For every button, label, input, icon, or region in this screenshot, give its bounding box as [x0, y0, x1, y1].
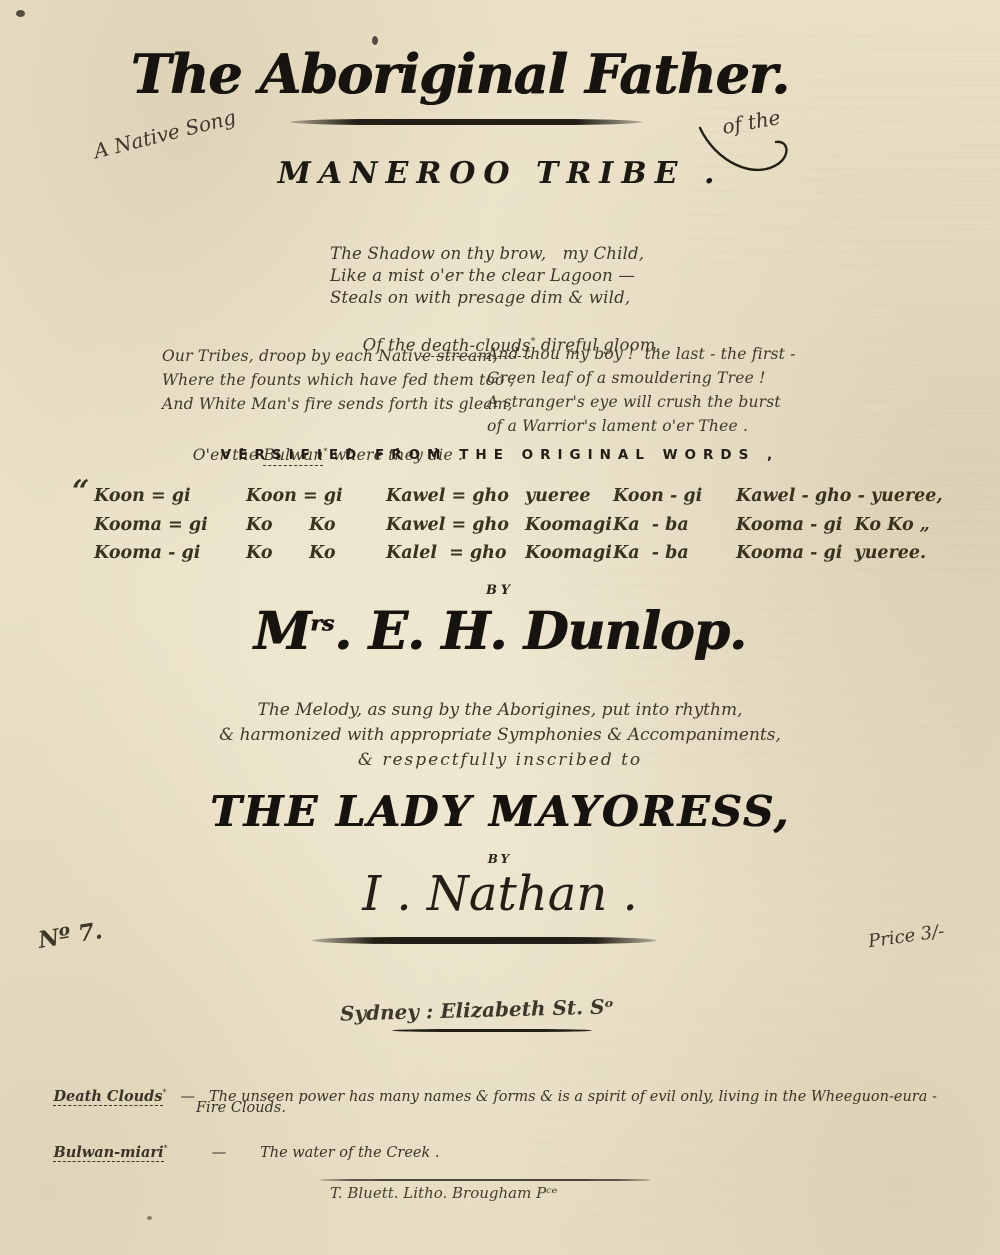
- footnote-bulwan: Bulwan-miari*—The water of the Creek .: [35, 1128, 935, 1177]
- annotation-native-song: A Native Song: [91, 105, 238, 164]
- dedication: The Melody, as sung by the Aborigines, p…: [0, 698, 1000, 773]
- verse-line: Green leaf of a smouldering Tree !: [487, 366, 796, 390]
- dedication-line: The Melody, as sung by the Aborigines, p…: [0, 698, 1000, 723]
- mrs-superscript: rs: [310, 611, 334, 637]
- composer-name: I . Nathan .: [0, 866, 1000, 922]
- price: Price 3/-: [867, 921, 946, 952]
- footnote-death-clouds: Death Clouds*—The unseen power has many …: [35, 1072, 975, 1121]
- verse-line: Like a mist o'er the clear Lagoon —: [330, 265, 661, 287]
- byline-2: BY: [0, 852, 1000, 866]
- sheet-music-title-page: The Aboriginal Father. A Native Song of …: [0, 0, 1000, 1255]
- verse-2-right: And thou my boy ! the last - the first -…: [487, 342, 796, 438]
- verse-line: Steals on with presage dim & wild,: [330, 287, 661, 309]
- footnote-dash: —: [212, 1145, 227, 1161]
- footnote-marker: *: [163, 1088, 167, 1097]
- footnote-term: Bulwan-miari: [53, 1144, 163, 1162]
- verse-line: Where the founts which have fed them too…: [162, 368, 515, 392]
- verse-line: And White Man's fire sends forth its gle…: [162, 392, 515, 416]
- paper-speck: [16, 10, 25, 17]
- verse-line: The Shadow on thy brow, my Child,: [330, 243, 661, 265]
- original-words-row: Koon = giKoon = giKawel = ghoyuereeKoon …: [94, 482, 924, 511]
- subtitle-maneroo-tribe: MANEROO TRIBE .: [0, 156, 1000, 191]
- versified-heading: VERSIFIED FROM THE ORIGINAL WORDS ,: [0, 447, 1000, 463]
- page-title: The Aboriginal Father.: [110, 42, 810, 106]
- imprint-rule: [320, 1179, 650, 1181]
- original-words-row: Kooma - giKo KoKalel = ghoKoomagiKa - ba…: [94, 539, 924, 568]
- printer-imprint: T. Bluett. Litho. Brougham Pᶜᵉ: [330, 1184, 557, 1202]
- author-name: Mrs. E. H. Dunlop.: [0, 601, 1000, 662]
- byline-1: BY: [0, 583, 1000, 598]
- verse-line: of a Warrior's lament o'er Thee .: [487, 414, 796, 438]
- verse-line: And thou my boy ! the last - the first -: [487, 342, 796, 366]
- footnote-term: Death Clouds: [53, 1088, 162, 1106]
- verse-line: Our Tribes, droop by each Native stream,: [162, 344, 515, 368]
- composer-underline: [312, 937, 657, 944]
- open-quote: “: [72, 474, 89, 509]
- verse-line: A stranger's eye will crush the burst: [487, 390, 796, 414]
- dedicatee-name: THE LADY MAYORESS,: [0, 787, 1000, 836]
- paper-speck: [147, 1216, 152, 1220]
- stave-bleedthrough: [530, 1010, 1000, 1240]
- verse-2-left: Our Tribes, droop by each Native stream,…: [162, 344, 515, 491]
- title-underline: [290, 119, 642, 125]
- address-underline: [392, 1029, 592, 1032]
- original-words-table: Koon = giKoon = giKawel = ghoyuereeKoon …: [94, 482, 924, 568]
- footnote-marker: *: [164, 1144, 168, 1153]
- dedication-line: & harmonized with appropriate Symphonies…: [0, 723, 1000, 748]
- original-words-row: Kooma = giKo KoKawel = ghoKoomagiKa - ba…: [94, 511, 924, 540]
- footnote-dash: —: [180, 1089, 195, 1105]
- footnote-death-clouds-cont: Fire Clouds.: [196, 1100, 286, 1116]
- plate-number: Nº 7.: [36, 917, 104, 954]
- publisher-address: Sydney : Elizabeth St. Sᵒ: [340, 994, 614, 1025]
- dedication-line: & respectfully inscribed to: [0, 748, 1000, 773]
